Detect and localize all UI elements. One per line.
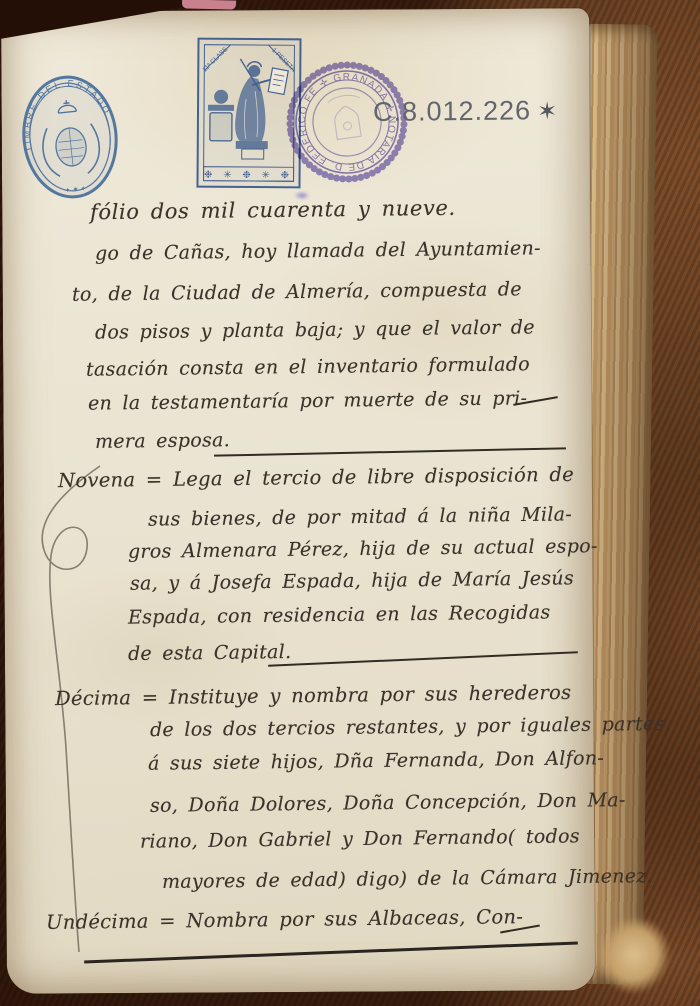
serial-digits: C.8.012.226 bbox=[373, 95, 531, 127]
fiscal-ornament-band: ❉ ✳ ❉ ✳ ❉ bbox=[204, 170, 293, 182]
granada-arms-icon bbox=[327, 94, 365, 141]
ribbon-marker bbox=[182, 0, 236, 10]
page-edge-shadow bbox=[589, 26, 591, 326]
manuscript-line: mera esposa. bbox=[95, 429, 230, 453]
state-timbre-seal: TIMBRE DEL ESTADO ✦ ✷ ✦ bbox=[11, 65, 128, 209]
notarial-book-photo: TIMBRE DEL ESTADO ✦ ✷ ✦ 11ª CLASE 1 PESE… bbox=[0, 0, 700, 1006]
serial-number: C.8.012.226✶ bbox=[373, 95, 559, 128]
folio-heading: fólio dos mil cuarenta y nueve. bbox=[90, 196, 456, 224]
manuscript-line: de esta Capital. bbox=[128, 641, 292, 665]
star-icon: ✶ bbox=[537, 98, 558, 125]
